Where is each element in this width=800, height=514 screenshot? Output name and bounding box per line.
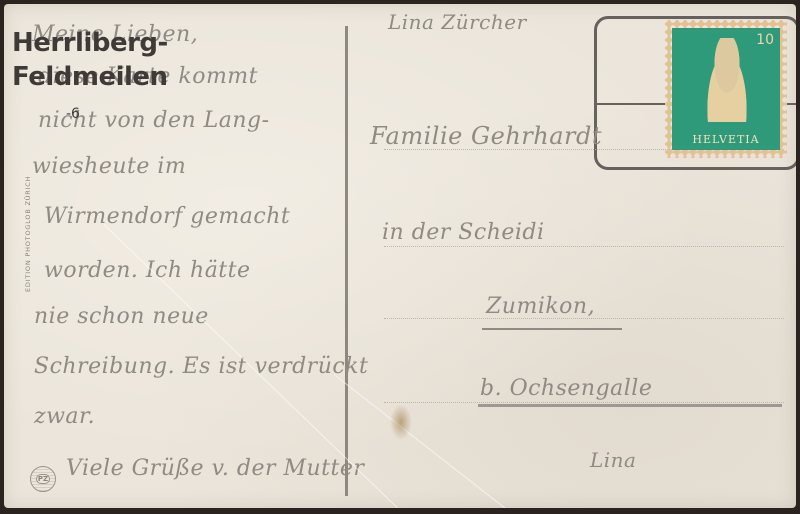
signature: Lina [590,448,636,472]
address-line: Familie Gehrhardt [370,122,602,150]
message-line: zwar. [34,404,95,429]
stamp-country: HELVETIA [672,133,780,146]
sender-heading: Lina Zürcher [388,10,527,34]
paper-stain [390,404,412,440]
address-rule [384,246,784,247]
postcard-back: EDITION PHOTOGLOB ZÜRICH PZ Meine Lieben… [4,4,796,508]
message-line: nie schon neue [34,304,209,329]
postmark-line2: Feldmeilen [12,62,168,92]
message-line: Wirmendorf gemacht [44,204,290,229]
postmark-date: -6 [66,106,80,122]
publisher-imprint: EDITION PHOTOGLOB ZÜRICH [24,176,32,292]
address-strikethrough [478,404,782,407]
william-tell-portrait-icon [702,38,752,122]
address-line: b. Ochsengalle [480,376,652,401]
address-rule [384,402,784,403]
message-line: Schreibung. Es ist verdrückt [34,354,368,379]
stamp-value: 10 [756,32,774,48]
stamp-design: 10 HELVETIA [672,28,780,150]
message-line: Viele Grüße v. der Mutter [66,456,364,481]
publisher-logo: PZ [30,466,56,492]
postmark-line1: Herrliberg- [12,28,168,58]
center-divider [345,26,348,496]
address-underline [482,328,622,330]
address-line: in der Scheidi [382,220,545,245]
message-line: worden. Ich hätte [44,258,251,283]
message-line: wiesheute im [32,154,186,179]
address-line: Zumikon, [486,294,595,319]
